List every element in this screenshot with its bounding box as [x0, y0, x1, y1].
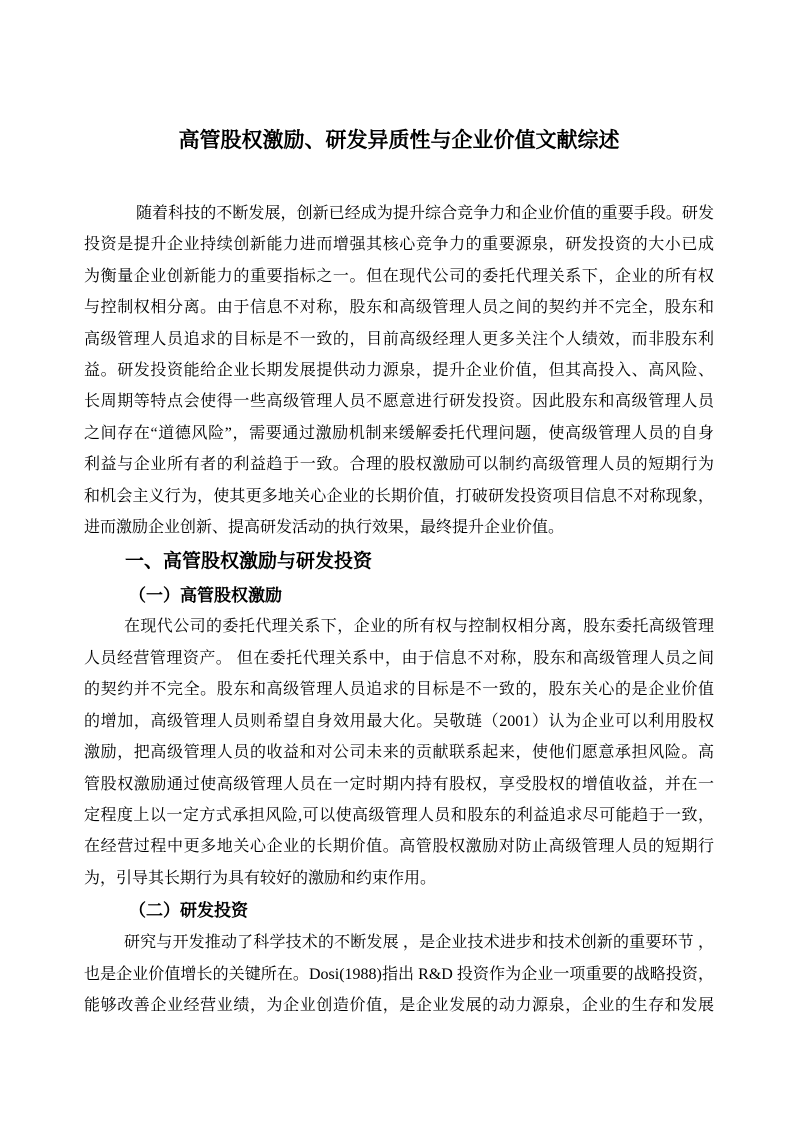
text-line: 随着科技的不断发展，创新已经成为提升综合竞争力和企业价值的重要手段。研发 [84, 198, 714, 229]
text-line: 的契约并不完全。股东和高级管理人员追求的目标是不一致的，股东关心的是企业价值 [84, 674, 714, 705]
text-line: 和机会主义行为，使其更多地关心企业的长期价值，打破研发投资项目信息不对称现象， [84, 481, 714, 512]
paragraph-equity-incentive: 在现代公司的委托代理关系下，企业的所有权与控制权相分离，股东委托高级管理 人员经… [84, 611, 714, 894]
text-line: 的增加，高级管理人员则希望自身效用最大化。吴敬琏（2001）认为企业可以利用股权 [84, 706, 714, 737]
text-line: 激励，把高级管理人员的收益和对公司未来的贡献联系起来，使他们愿意承担风险。高 [84, 737, 714, 768]
paragraph-rd-investment: 研究与开发推动了科学技术的不断发展 ，是企业技术进步和技术创新的重要环节 ， 也… [84, 927, 714, 1021]
text-line: 与控制权相分离。由于信息不对称，股东和高级管理人员之间的契约并不完全，股东和 [84, 292, 714, 323]
text-line: 之间存在“道德风险”，需要通过激励机制来缓解委托代理问题，使高级管理人员的自身 [84, 418, 714, 449]
text-line: 人员经营管理资产。 但在委托代理关系中，由于信息不对称，股东和高级管理人员之间 [84, 643, 714, 674]
document-title: 高管股权激励、研发异质性与企业价值文献综述 [84, 124, 714, 156]
document-content: 高管股权激励、研发异质性与企业价值文献综述 随着科技的不断发展，创新已经成为提升… [84, 0, 714, 1021]
text-line: 高级管理人员追求的目标是不一致的，目前高级经理人更多关注个人绩效，而非股东利 [84, 324, 714, 355]
text-line: 在现代公司的委托代理关系下，企业的所有权与控制权相分离，股东委托高级管理 [84, 611, 714, 642]
document-page: 高管股权激励、研发异质性与企业价值文献综述 随着科技的不断发展，创新已经成为提升… [0, 0, 793, 1122]
text-line: 研究与开发推动了科学技术的不断发展 ，是企业技术进步和技术创新的重要环节 ， [84, 927, 714, 958]
text-line: 进而激励企业创新、提高研发活动的执行效果，最终提升企业价值。 [84, 512, 714, 543]
text-line: 为，引导其长期行为具有较好的激励和约束作用。 [84, 863, 714, 894]
text-line: 能够改善企业经营业绩，为企业创造价值，是企业发展的动力源泉，企业的生存和发展 [84, 990, 714, 1021]
paragraph-intro: 随着科技的不断发展，创新已经成为提升综合竞争力和企业价值的重要手段。研发 投资是… [84, 198, 714, 543]
text-line: 在经营过程中更多地关心企业的长期价值。高管股权激励对防止高级管理人员的短期行 [84, 831, 714, 862]
section-heading-1: 一、高管股权激励与研发投资 [84, 548, 714, 576]
text-line: 投资是提升企业持续创新能力进而增强其核心竞争力的重要源泉，研发投资的大小已成 [84, 229, 714, 260]
subsection-heading-1-1: （一）高管股权激励 [84, 582, 714, 610]
text-line: 利益与企业所有者的利益趋于一致。合理的股权激励可以制约高级管理人员的短期行为 [84, 449, 714, 480]
subsection-heading-1-2: （二）研发投资 [84, 897, 714, 925]
text-line: 管股权激励通过使高级管理人员在一定时期内持有股权，享受股权的增值收益，并在一 [84, 769, 714, 800]
text-line: 也是企业价值增长的关键所在。Dosi(1988)指出 R&D 投资作为企业一项重… [84, 959, 714, 990]
text-line: 为衡量企业创新能力的重要指标之一。但在现代公司的委托代理关系下，企业的所有权 [84, 261, 714, 292]
text-line: 益。研发投资能给企业长期发展提供动力源泉，提升企业价值，但其高投入、高风险、 [84, 355, 714, 386]
text-line: 定程度上以一定方式承担风险,可以使高级管理人员和股东的利益追求尽可能趋于一致， [84, 800, 714, 831]
text-line: 长周期等特点会使得一些高级管理人员不愿意进行研发投资。因此股东和高级管理人员 [84, 386, 714, 417]
